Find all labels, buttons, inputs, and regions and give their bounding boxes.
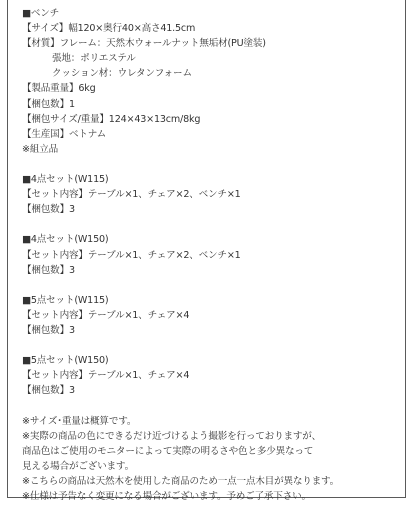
set-package-count: 【梱包数】3 [22,323,407,338]
spec-upholstery: 張地：ポリエステル [22,51,407,66]
spec-size: 【サイズ】幅120×奥行40×高さ41.5cm [22,21,407,36]
set-contents: 【セット内容】テーブル×1、チェア×4 [22,308,407,323]
note-wood-grain: ※こちらの商品は天然木を使用した商品のため一点一点木目が異なります。 [22,474,407,489]
spec-assembly: ※組立品 [22,142,407,157]
spacer [22,157,407,172]
set-contents: 【セット内容】テーブル×1、チェア×2、ベンチ×1 [22,187,407,202]
section-heading-5set-w150: ■5点セット(W150) [22,353,407,368]
spacer [22,217,407,232]
section-heading-4set-w150: ■4点セット(W150) [22,232,407,247]
section-heading-bench: ■ベンチ [22,6,407,21]
note-spec-change: ※仕様は予告なく変更になる場合がございます。予めご了承下さい。 [22,489,407,504]
spacer [22,278,407,293]
note-color-3: 見える場合がございます。 [22,459,407,474]
note-color-2: 商品色はご使用のモニターによって実際の明るさや色と多少異なって [22,444,407,459]
spec-package-size: 【梱包サイズ/重量】124×43×13cm/8kg [22,112,407,127]
section-heading-4set-w115: ■4点セット(W115) [22,172,407,187]
set-package-count: 【梱包数】3 [22,202,407,217]
spec-material: 【材質】フレーム：天然木ウォールナット無垢材(PU塗装) [22,36,407,51]
set-package-count: 【梱包数】3 [22,383,407,398]
set-package-count: 【梱包数】3 [22,263,407,278]
spec-package-count: 【梱包数】1 [22,97,407,112]
note-color-1: ※実際の商品の色にできるだけ近づけるよう撮影を行っておりますが、 [22,429,407,444]
section-heading-5set-w115: ■5点セット(W115) [22,293,407,308]
spec-weight: 【製品重量】6kg [22,81,407,96]
set-contents: 【セット内容】テーブル×1、チェア×4 [22,368,407,383]
spacer [22,338,407,353]
spec-origin: 【生産国】ベトナム [22,127,407,142]
spec-box: ■ベンチ 【サイズ】幅120×奥行40×高さ41.5cm 【材質】フレーム：天然… [7,0,406,498]
spec-content: ■ベンチ 【サイズ】幅120×奥行40×高さ41.5cm 【材質】フレーム：天然… [22,6,407,504]
spec-cushion: クッション材：ウレタンフォーム [22,66,407,81]
note-approximate: ※サイズ･重量は概算です。 [22,414,407,429]
set-contents: 【セット内容】テーブル×1、チェア×2、ベンチ×1 [22,248,407,263]
spacer [22,398,407,413]
